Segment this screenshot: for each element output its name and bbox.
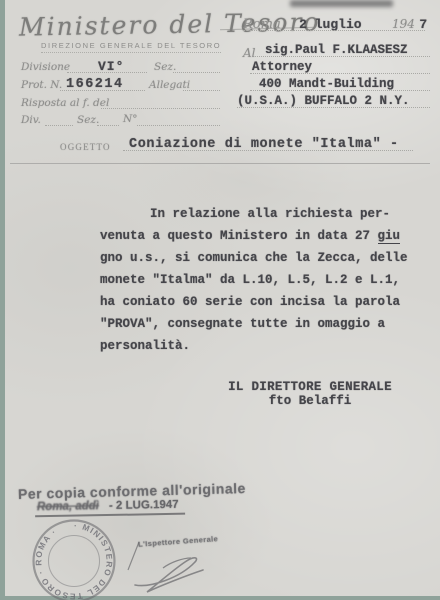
date-stamp: Roma, addì- 2 LUG.1947 xyxy=(35,499,185,518)
sez-rule xyxy=(173,60,220,73)
scanned-letter-screenshot: { "letterhead": { "ministry": "Ministero… xyxy=(0,0,440,600)
date-stamp-place: Roma, addì xyxy=(37,500,99,513)
signature-name: fto Belaffi xyxy=(220,394,400,408)
allegati-rule xyxy=(183,78,220,91)
oggetto-rule xyxy=(123,138,413,151)
oggetto-label: OGGETTO xyxy=(60,142,111,152)
signature-title: IL DIRETTORE GENERALE xyxy=(220,380,400,394)
divisione-label: Divisione xyxy=(21,61,70,73)
body-line2-underlined-syllable: giu xyxy=(378,229,401,244)
prot-rule xyxy=(60,78,145,91)
recipient-rule-4 xyxy=(237,95,430,108)
letterhead-direction-subtitle: DIREZIONE GENERALE DEL TESORO xyxy=(41,41,221,53)
header-divider-line xyxy=(10,163,430,164)
n-rule xyxy=(137,113,220,126)
body-line: In relazione alla richiesta per- xyxy=(100,203,420,225)
body-line: venuta a questo Ministero in data 27 giu xyxy=(100,225,420,247)
top-edge-smudge xyxy=(290,0,393,7)
body-line: ha coniato 60 serie con incisa la parola xyxy=(100,291,420,313)
recipient-rule-2 xyxy=(250,61,430,74)
dateline: Roma 2 luglio 194 7 xyxy=(243,15,433,33)
sez2-rule xyxy=(97,113,119,126)
date-stamp-date: - 2 LUG.1947 xyxy=(109,499,179,512)
document-paper: Ministero del Tesoro DIREZIONE GENERALE … xyxy=(5,0,440,596)
sez2-label: Sez. xyxy=(77,114,99,126)
dateline-rule xyxy=(243,18,425,31)
recipient-rule-1 xyxy=(255,44,430,57)
recipient-al-label: Al xyxy=(243,46,256,60)
signature-block: IL DIRETTORE GENERALE fto Belaffi xyxy=(220,380,400,408)
recipient-rule-3 xyxy=(250,78,430,91)
prot-label: Prot. N. xyxy=(21,79,62,91)
div-label: Div. xyxy=(21,114,41,126)
body-line: monete "Italma" da L.10, L.5, L.2 e L.1, xyxy=(100,269,420,291)
body-paragraph: In relazione alla richiesta per- venuta … xyxy=(100,203,420,357)
div-rule xyxy=(45,113,73,126)
body-line: "PROVA", consegnate tutte in omaggio a xyxy=(100,313,420,335)
risposta-rule xyxy=(101,96,220,109)
ministry-round-seal-icon: · MINISTERO DEL TESORO · ROMA · xyxy=(30,517,118,600)
body-line: gno u.s., si comunica che la Zecca, dell… xyxy=(100,247,420,269)
handwritten-signature-icon xyxy=(125,540,220,595)
risposta-label: Risposta al f. del xyxy=(21,97,109,109)
n-label: N° xyxy=(123,113,137,125)
body-line: personalità. xyxy=(100,335,420,357)
divisione-rule xyxy=(67,60,147,73)
body-line2-text: venuta a questo Ministero in data 27 xyxy=(100,229,378,243)
